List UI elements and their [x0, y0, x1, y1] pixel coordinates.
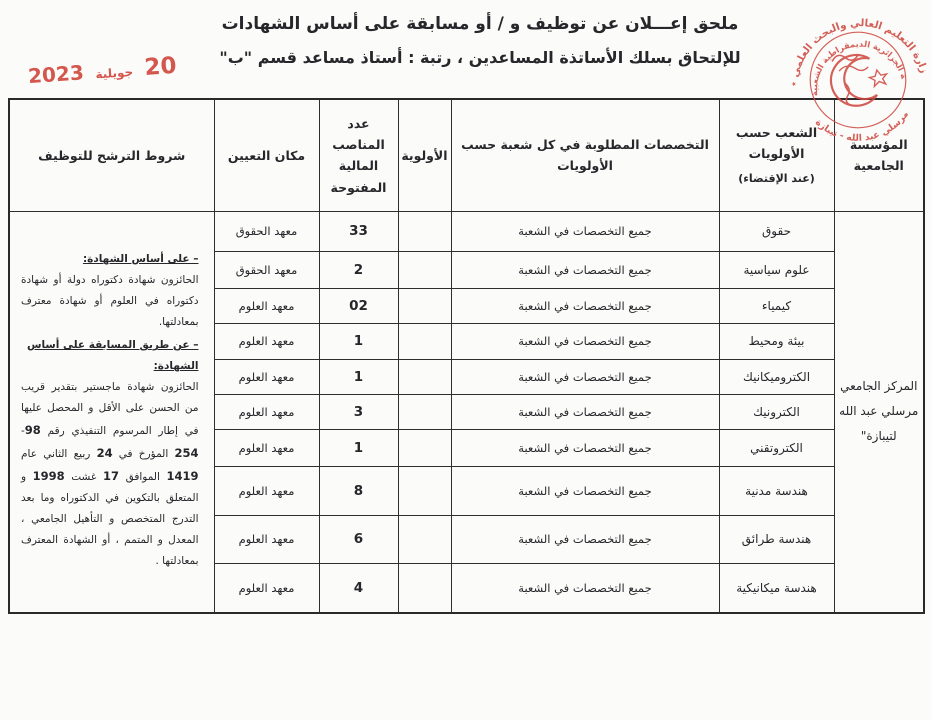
priority-cell — [398, 429, 451, 466]
header-branches: الشعب حسب الأولويات (عند الإقتضاء) — [719, 99, 834, 211]
header-location: مكان التعيين — [214, 99, 319, 211]
location-cell: معهد العلوم — [214, 466, 319, 515]
specialty-cell: جميع التخصصات في الشعبة — [451, 563, 719, 613]
count-cell: 3 — [319, 394, 398, 429]
priority-cell — [398, 394, 451, 429]
table-header-row: المؤسسة الجامعية الشعب حسب الأولويات (عن… — [9, 99, 924, 211]
date-stamp: 20 جويلية 2023 — [27, 53, 177, 89]
count-cell: 33 — [319, 211, 398, 251]
branch-cell: الكتروتقني — [719, 429, 834, 466]
header-specialties: التخصصات المطلوبة في كل شعبة حسب الأولوي… — [451, 99, 719, 211]
positions-table: المؤسسة الجامعية الشعب حسب الأولويات (عن… — [8, 98, 925, 614]
specialty-cell: جميع التخصصات في الشعبة — [451, 466, 719, 515]
priority-cell — [398, 323, 451, 359]
specialty-cell: جميع التخصصات في الشعبة — [451, 515, 719, 563]
location-cell: معهد الحقوق — [214, 251, 319, 288]
specialty-cell: جميع التخصصات في الشعبة — [451, 288, 719, 323]
branch-cell: بيئة ومحيط — [719, 323, 834, 359]
date-stamp-year: 2023 — [27, 60, 84, 88]
priority-cell — [398, 515, 451, 563]
location-cell: معهد الحقوق — [214, 211, 319, 251]
priority-cell — [398, 359, 451, 394]
priority-cell — [398, 563, 451, 613]
scanned-announcement-page: { "document": { "title_line1": "ملحق إعـ… — [0, 0, 931, 720]
header-branches-note: (عند الإقتضاء) — [723, 170, 831, 189]
location-cell: معهد العلوم — [214, 563, 319, 613]
branch-cell: حقوق — [719, 211, 834, 251]
title-line-1: ملحق إعـــلان عن توظيف و / أو مسابقة على… — [168, 14, 792, 34]
branch-cell: هندسة مدنية — [719, 466, 834, 515]
branch-cell: الكتروميكانيك — [719, 359, 834, 394]
specialty-cell: جميع التخصصات في الشعبة — [451, 251, 719, 288]
header-conditions: شروط الترشح للتوظيف — [9, 99, 214, 211]
priority-cell — [398, 251, 451, 288]
branch-cell: هندسة ميكانيكية — [719, 563, 834, 613]
conditions-text: – على أساس الشهادة: الحائزون شهادة دكتور… — [13, 243, 211, 580]
conditions-cell: – على أساس الشهادة: الحائزون شهادة دكتور… — [9, 211, 214, 613]
branch-cell: هندسة طرائق — [719, 515, 834, 563]
specialty-cell: جميع التخصصات في الشعبة — [451, 394, 719, 429]
conditions-heading-1: – على أساس الشهادة: — [21, 249, 199, 270]
branch-cell: الكترونيك — [719, 394, 834, 429]
specialty-cell: جميع التخصصات في الشعبة — [451, 359, 719, 394]
priority-cell — [398, 288, 451, 323]
count-cell: 4 — [319, 563, 398, 613]
priority-cell — [398, 466, 451, 515]
location-cell: معهد العلوم — [214, 394, 319, 429]
specialty-cell: جميع التخصصات في الشعبة — [451, 211, 719, 251]
date-stamp-day: 20 — [144, 53, 178, 81]
header-positions-count: عدد المناصب المالية المفتوحة — [319, 99, 398, 211]
specialty-cell: جميع التخصصات في الشعبة — [451, 429, 719, 466]
branch-cell: كيمياء — [719, 288, 834, 323]
conditions-paragraph-1: الحائزون شهادة دكتوراه دولة أو شهادة دكت… — [21, 270, 199, 333]
title-line-2: للإلتحاق بسلك الأساتذة المساعدين ، رتبة … — [168, 48, 792, 67]
header-priority: الأولوية — [398, 99, 451, 211]
count-cell: 1 — [319, 429, 398, 466]
date-stamp-month: جويلية — [95, 65, 134, 82]
location-cell: معهد العلوم — [214, 323, 319, 359]
table-row: المركز الجامعي مرسلي عبد الله لتيبازة" ح… — [9, 211, 924, 251]
institution-cell: المركز الجامعي مرسلي عبد الله لتيبازة" — [834, 211, 924, 613]
location-cell: معهد العلوم — [214, 515, 319, 563]
location-cell: معهد العلوم — [214, 288, 319, 323]
header-institution: المؤسسة الجامعية — [834, 99, 924, 211]
location-cell: معهد العلوم — [214, 359, 319, 394]
conditions-heading-2: – عن طريق المسابقة على أساس الشهادة: — [21, 335, 199, 377]
priority-cell — [398, 211, 451, 251]
count-cell: 1 — [319, 323, 398, 359]
count-cell: 8 — [319, 466, 398, 515]
specialty-cell: جميع التخصصات في الشعبة — [451, 323, 719, 359]
location-cell: معهد العلوم — [214, 429, 319, 466]
conditions-paragraph-2: الحائزون شهادة ماجستير بتقدير قريب من ال… — [21, 377, 199, 572]
count-cell: 1 — [319, 359, 398, 394]
header-branches-main: الشعب حسب الأولويات — [723, 122, 831, 165]
branch-cell: علوم سياسية — [719, 251, 834, 288]
count-cell: 02 — [319, 288, 398, 323]
count-cell: 6 — [319, 515, 398, 563]
document-title: ملحق إعـــلان عن توظيف و / أو مسابقة على… — [168, 14, 792, 67]
count-cell: 2 — [319, 251, 398, 288]
